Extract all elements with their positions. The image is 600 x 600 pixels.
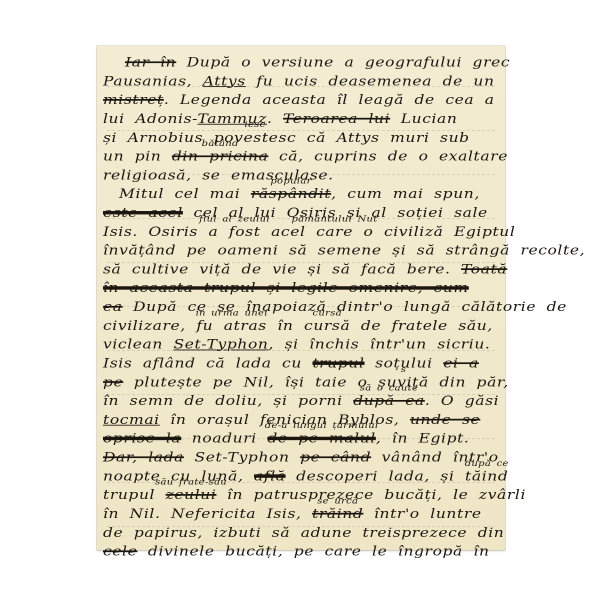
text-segment: . Legenda aceasta îl leagă de cea a (164, 92, 495, 107)
struck-word: răspândit (251, 186, 331, 201)
text-segment: într'o luntre (363, 506, 481, 521)
interlinear-insertion: în urma unei (195, 308, 267, 317)
struck-word: cele (103, 544, 137, 559)
handwritten-text-area: Iar în După o versiune a geografului gre… (97, 46, 505, 477)
manuscript-line: în semn de doliu, și porni după easă o c… (103, 393, 499, 408)
struck-word: Dar, lada (103, 450, 184, 465)
struck-word: Iar în (125, 55, 176, 70)
struck-word: Toată (461, 261, 507, 276)
text-segment: Pausanias, (103, 73, 203, 88)
text-segment: că, cuprins de o exaltare (268, 149, 508, 164)
text-segment: , și închis într'un sicriu. (269, 337, 491, 352)
manuscript-line: să cultive viță de vie și să facă bere. … (103, 261, 507, 276)
interlinear-insertion: pământului Nut (291, 214, 377, 223)
text-segment: să cultive viță de vie și să facă bere. (103, 261, 461, 276)
manuscript-line: Isis aflând că lada cu trupul soțului ei… (103, 356, 479, 371)
text-segment: în Nil. Nefericita Isis, (103, 506, 312, 521)
text-segment: din păr, (429, 374, 509, 389)
manuscript-line: pe plutește pe Nil, își taie o șuvițăs d… (103, 374, 509, 389)
text-segment: civilizare, (103, 318, 196, 333)
struck-word: pe când (300, 450, 371, 465)
struck-word: oprise la (103, 431, 181, 446)
manuscript-line: Isis. Osiris a fostfiul al zeului acel c… (103, 224, 515, 239)
text-segment: în semn de doliu, și porni (103, 393, 353, 408)
interlinear-insertion: iesc (244, 120, 265, 129)
manuscript-line: oprise la noaduri de pe malulde-a lungul… (103, 431, 469, 446)
text-segment: de papirus, izbuti să adune treisprezece… (103, 525, 504, 540)
text-segment: Set-Typhon (184, 450, 300, 465)
struck-word: află (254, 468, 286, 483)
word: a fost (209, 224, 261, 239)
interlinear-insertion: său frate-său (155, 478, 227, 487)
struck-word: trăind (312, 506, 363, 521)
inserted-word: răspânditpopular (251, 186, 331, 201)
interlinear-insertion: după ce (465, 459, 509, 468)
struck-word: ei a (443, 356, 479, 371)
text-segment: Lucian (390, 111, 457, 126)
text-segment: de fratele său, (350, 318, 493, 333)
word: cursă (304, 318, 350, 333)
word: care (316, 224, 353, 239)
interlinear-insertion: de-a lungul țărmului (265, 421, 379, 430)
manuscript-line: în aceasta trupul și legile omenire, cum (103, 280, 469, 295)
text-segment: noaduri (181, 431, 267, 446)
manuscript-line: mistreț. Legenda aceasta îl leagă de cea… (103, 92, 495, 107)
text-segment: trupul (103, 487, 166, 502)
struck-word: zeului (166, 487, 217, 502)
struck-word: unde se (410, 412, 480, 427)
inserted-word: cursăcursă (304, 318, 350, 333)
inserted-word: din pricinabătând (172, 149, 269, 164)
text-segment: . (267, 111, 283, 126)
text-segment: Set-Typhon (173, 337, 268, 352)
inserted-word: trăindse urcă (312, 506, 363, 521)
text-segment: Mitul cel mai (119, 186, 251, 201)
inserted-word: a fostfiul al zeului (209, 224, 261, 239)
text-segment: Isis. Osiris (103, 224, 209, 239)
manuscript-line: și Arnobius povestesciesc că Attys muri … (103, 130, 470, 145)
interlinear-insertion: popular (270, 177, 311, 186)
text-segment: descoperi lada, și (286, 468, 465, 483)
struck-word: trupul (312, 356, 364, 371)
text-segment: După ce se înapoiază dintr'o lungă călăt… (123, 299, 567, 314)
text-segment: Attys (203, 73, 246, 88)
text-segment: în patrusprezece bucăți, le zvârli (216, 487, 526, 502)
manuscript-line: un pin din pricinabătând că, cuprins de … (103, 149, 508, 164)
inserted-word: după easă o caute (353, 393, 425, 408)
manuscript-line: Mitul cel mai răspânditpopular, cum mai … (119, 186, 480, 201)
inserted-word: fu atrasîn urma unei (196, 318, 267, 333)
struck-word: în aceasta trupul și legile omenire, cum (103, 280, 469, 295)
word: fu atras (196, 318, 267, 333)
struck-word: ea (103, 299, 123, 314)
struck-word: după ea (353, 393, 425, 408)
text-segment: un pin (103, 149, 172, 164)
text-segment: , în Egipt. (376, 431, 470, 446)
text-segment: viclean (103, 337, 173, 352)
text-segment: în (267, 318, 304, 333)
manuscript-line: cele divinele bucăți, pe care le îngropă… (103, 544, 490, 559)
manuscript-line: de papirus, izbuti să adune treisprezece… (103, 525, 504, 540)
text-segment: După o versiune a geografului grec (176, 55, 510, 70)
interlinear-insertion: să o caute (360, 384, 418, 393)
inserted-word: zeuluisău frate-său (166, 487, 217, 502)
inserted-word: carepământului Nut (316, 224, 353, 239)
manuscript-line: viclean Set-Typhon, și închis într'un si… (103, 337, 490, 352)
text-segment: , cum mai spun, (331, 186, 480, 201)
text-segment: divinele bucăți, pe care le îngropă în (137, 544, 489, 559)
text-segment: și Arnobius (103, 130, 214, 145)
text-segment: că Attys muri sub (296, 130, 469, 145)
text-segment: învățând pe oameni să semene și să strân… (103, 243, 585, 258)
manuscript-page: Iar în După o versiune a geografului gre… (97, 46, 505, 550)
interlinear-insertion: bătând (202, 139, 239, 148)
text-segment: plutește pe Nil, își taie o (123, 374, 378, 389)
text-segment: Isis aflând că lada cu (103, 356, 312, 371)
interlinear-insertion: cursă (312, 308, 341, 317)
interlinear-insertion: fiul al zeului (199, 214, 270, 223)
manuscript-line: învățând pe oameni să semene și să strân… (103, 243, 585, 258)
manuscript-line: Iar în După o versiune a geografului gre… (125, 55, 510, 70)
manuscript-line: civilizare, fu atrasîn urma unei în curs… (103, 318, 493, 333)
struck-word: din pricina (172, 149, 269, 164)
manuscript-line: trupul zeuluisău frate-său în patrusprez… (103, 487, 526, 502)
manuscript-line: Pausanias, Attys fu ucis deasemenea de u… (103, 73, 495, 88)
struck-word: este acel (103, 205, 183, 220)
struck-word: mistreț (103, 92, 164, 107)
word: tăind (465, 468, 508, 483)
text-segment: acel (261, 224, 317, 239)
text-segment: . O găsi (425, 393, 499, 408)
text-segment: tocmai (103, 412, 160, 427)
interlinear-insertion: s (401, 365, 406, 374)
interlinear-insertion: se urcă (317, 497, 358, 506)
struck-word: Teroarea lui (283, 111, 390, 126)
inserted-word: tăinddupă ce (465, 468, 508, 483)
inserted-word: de pe malulde-a lungul țărmului (267, 431, 375, 446)
manuscript-line: în Nil. Nefericita Isis, trăindse urcă î… (103, 506, 482, 521)
text-segment: lui Adonis- (103, 111, 197, 126)
struck-word: de pe malul (267, 431, 375, 446)
text-segment: o civiliză Egiptul (353, 224, 515, 239)
text-segment: fu ucis deasemenea de un (246, 73, 495, 88)
struck-word: pe (103, 374, 123, 389)
manuscript-line: Dar, lada Set-Typhon pe când vânând într… (103, 450, 499, 465)
manuscript-line: lui Adonis-Tammuz. Teroarea lui Lucian (103, 111, 457, 126)
